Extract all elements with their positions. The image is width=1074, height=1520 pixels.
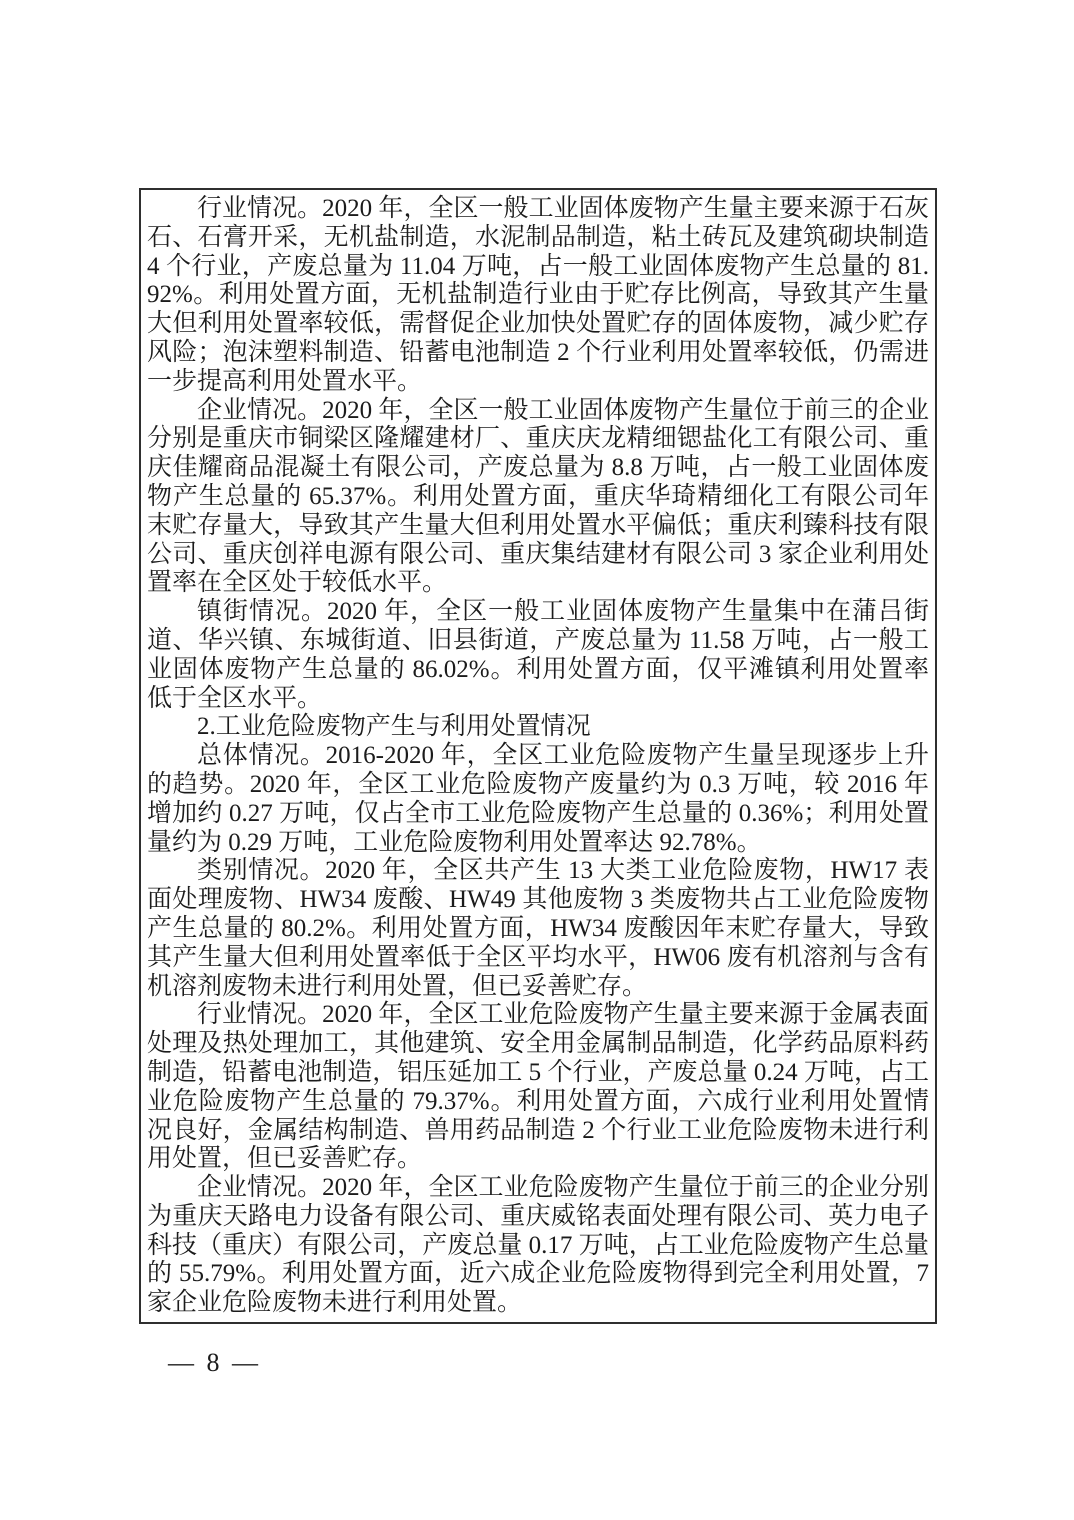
paragraph-solid-waste-industry: 行业情况。2020 年，全区一般工业固体废物产生量主要来源于石灰石、石膏开采，无… — [147, 195, 929, 397]
paragraph-hazardous-waste-enterprise: 企业情况。2020 年，全区工业危险废物产生量位于前三的企业分别为重庆天路电力设… — [147, 1174, 929, 1318]
paragraph-hazardous-waste-overall: 总体情况。2016-2020 年，全区工业危险废物产生量呈现逐步上升的趋势。20… — [147, 742, 929, 857]
heading-hazardous-waste-section: 2.工业危险废物产生与利用处置情况 — [147, 713, 929, 742]
page-number: — 8 — — [168, 1348, 258, 1378]
paragraph-hazardous-waste-category: 类别情况。2020 年，全区共产生 13 大类工业危险废物，HW17 表面处理废… — [147, 857, 929, 1001]
paragraph-solid-waste-town: 镇街情况。2020 年，全区一般工业固体废物产生量集中在蒲吕街道、华兴镇、东城街… — [147, 598, 929, 713]
document-page: 行业情况。2020 年，全区一般工业固体废物产生量主要来源于石灰石、石膏开采，无… — [0, 0, 1074, 1520]
document-body: 行业情况。2020 年，全区一般工业固体废物产生量主要来源于石灰石、石膏开采，无… — [139, 188, 937, 1324]
paragraph-solid-waste-enterprise: 企业情况。2020 年，全区一般工业固体废物产生量位于前三的企业分别是重庆市铜梁… — [147, 397, 929, 599]
paragraph-hazardous-waste-industry: 行业情况。2020 年，全区工业危险废物产生量主要来源于金属表面处理及热处理加工… — [147, 1001, 929, 1174]
